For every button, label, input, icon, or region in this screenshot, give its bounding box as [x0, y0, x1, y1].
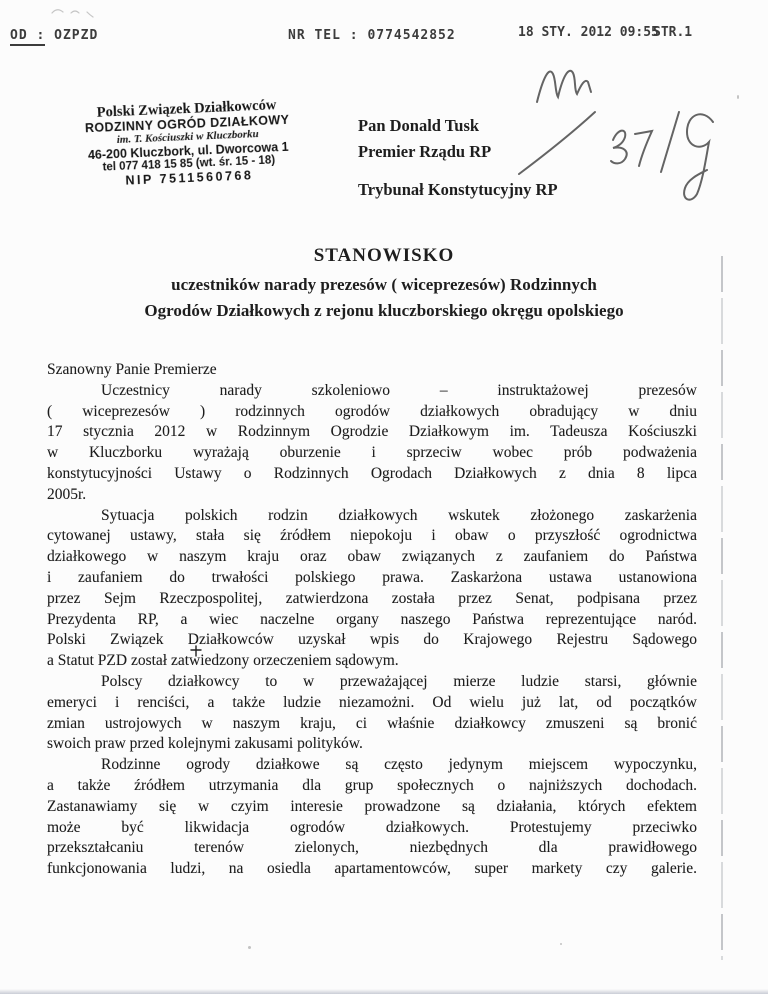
body-line: 17 stycznia 2012 w Rodzinnym Ogrodzie Dz…	[47, 422, 697, 443]
recipient-primary: Pan Donald Tusk Premier Rządu RP	[358, 113, 491, 165]
sender-stamp: Polski Związek Działkowców RODZINNY OGRÓ…	[36, 96, 339, 191]
fax-tel-number: NR TEL : 0774542852	[288, 28, 456, 43]
body-line: 2005r.	[47, 485, 697, 506]
body-line: zmian ustrojowych w naszym kraju, ci wła…	[47, 714, 697, 735]
body-line: przekształcaniu terenów zielonych, niezb…	[47, 838, 697, 859]
fax-datetime: 18 STY. 2012 09:55	[518, 25, 659, 40]
scan-artifact-line	[721, 256, 723, 960]
fax-page-number: STR.1	[653, 25, 692, 40]
document-page: OD : OZPZD NR TEL : 0774542852 18 STY. 2…	[0, 0, 768, 994]
document-title: STANOWISKO	[0, 244, 768, 268]
scan-edge-shadow	[0, 989, 768, 994]
body-line: i zaufaniem do trwałości polskiego prawa…	[47, 568, 697, 589]
body-line: Polski Związek Działkowców uzyskał wpis …	[47, 630, 697, 651]
body-line: a także źródłem utrzymania dla grup społ…	[47, 776, 697, 797]
body-line: Zastanawiamy się w czyim interesie prowa…	[47, 797, 697, 818]
fax-from: OD : OZPZD	[10, 28, 98, 43]
fax-from-value: OZPZD	[54, 28, 98, 43]
body-line: Prezydenta RP, a wiec naczelne organy na…	[47, 610, 697, 631]
subtitle-line-2: Ogrodów Działkowych z rejonu kluczborski…	[0, 298, 768, 324]
handwritten-paraph	[515, 52, 725, 217]
recipient-name: Pan Donald Tusk	[358, 113, 491, 139]
body-line: swoich praw przed kolejnymi zakusami pol…	[47, 734, 697, 755]
scan-speck	[737, 95, 739, 99]
body-line: cytowanej ustawy, stała się źródłem niep…	[47, 526, 697, 547]
salutation: Szanowny Panie Premierze	[47, 360, 697, 381]
fax-header: OD : OZPZD NR TEL : 0774542852 18 STY. 2…	[0, 0, 768, 50]
scan-speck	[248, 946, 251, 949]
letter-body: Szanowny Panie Premierze Uczestnicy nara…	[47, 360, 697, 880]
body-line: konstytucyjności Ustawy o Rodzinnych Ogr…	[47, 464, 697, 485]
body-line: ( wiceprezesów ) rodzinnych ogrodów dzia…	[47, 402, 697, 423]
body-line: emeryci i renciści, a także ludzie nieza…	[47, 693, 697, 714]
body-line: a Statut PZD został zatwiedzony orzeczen…	[47, 651, 697, 672]
body-line: funkcjonowania ludzi, na osiedla apartam…	[47, 859, 697, 880]
subtitle-line-1: uczestników narady prezesów ( wiceprezes…	[0, 272, 768, 298]
body-line: Rodzinne ogrody działkowe są często jedy…	[47, 755, 697, 776]
pencil-mark	[50, 4, 100, 18]
document-subtitle: uczestników narady prezesów ( wiceprezes…	[0, 272, 768, 324]
scan-speck	[560, 943, 562, 945]
body-paragraphs: Uczestnicy narady szkoleniowo – instrukt…	[47, 381, 697, 880]
title-block: STANOWISKO uczestników narady prezesów (…	[0, 244, 768, 324]
body-line: Sytuacja polskich rodzin działkowych wsk…	[47, 506, 697, 527]
body-line: w Kluczborku wyrażają oburzenie i sprzec…	[47, 443, 697, 464]
recipient-role: Premier Rządu RP	[358, 139, 491, 165]
body-line: przez Sejm Rzeczpospolitej, zatwierdzona…	[47, 589, 697, 610]
body-line: Uczestnicy narady szkoleniowo – instrukt…	[47, 381, 697, 402]
body-line: może być likwidacja ogrodów działkowych.…	[47, 818, 697, 839]
fax-from-label: OD :	[10, 28, 45, 46]
body-line: Polscy działkowcy to w przeważającej mie…	[47, 672, 697, 693]
handwritten-correction-mark	[190, 645, 202, 657]
body-line: działkowego w naszym kraju oraz obaw zwi…	[47, 547, 697, 568]
